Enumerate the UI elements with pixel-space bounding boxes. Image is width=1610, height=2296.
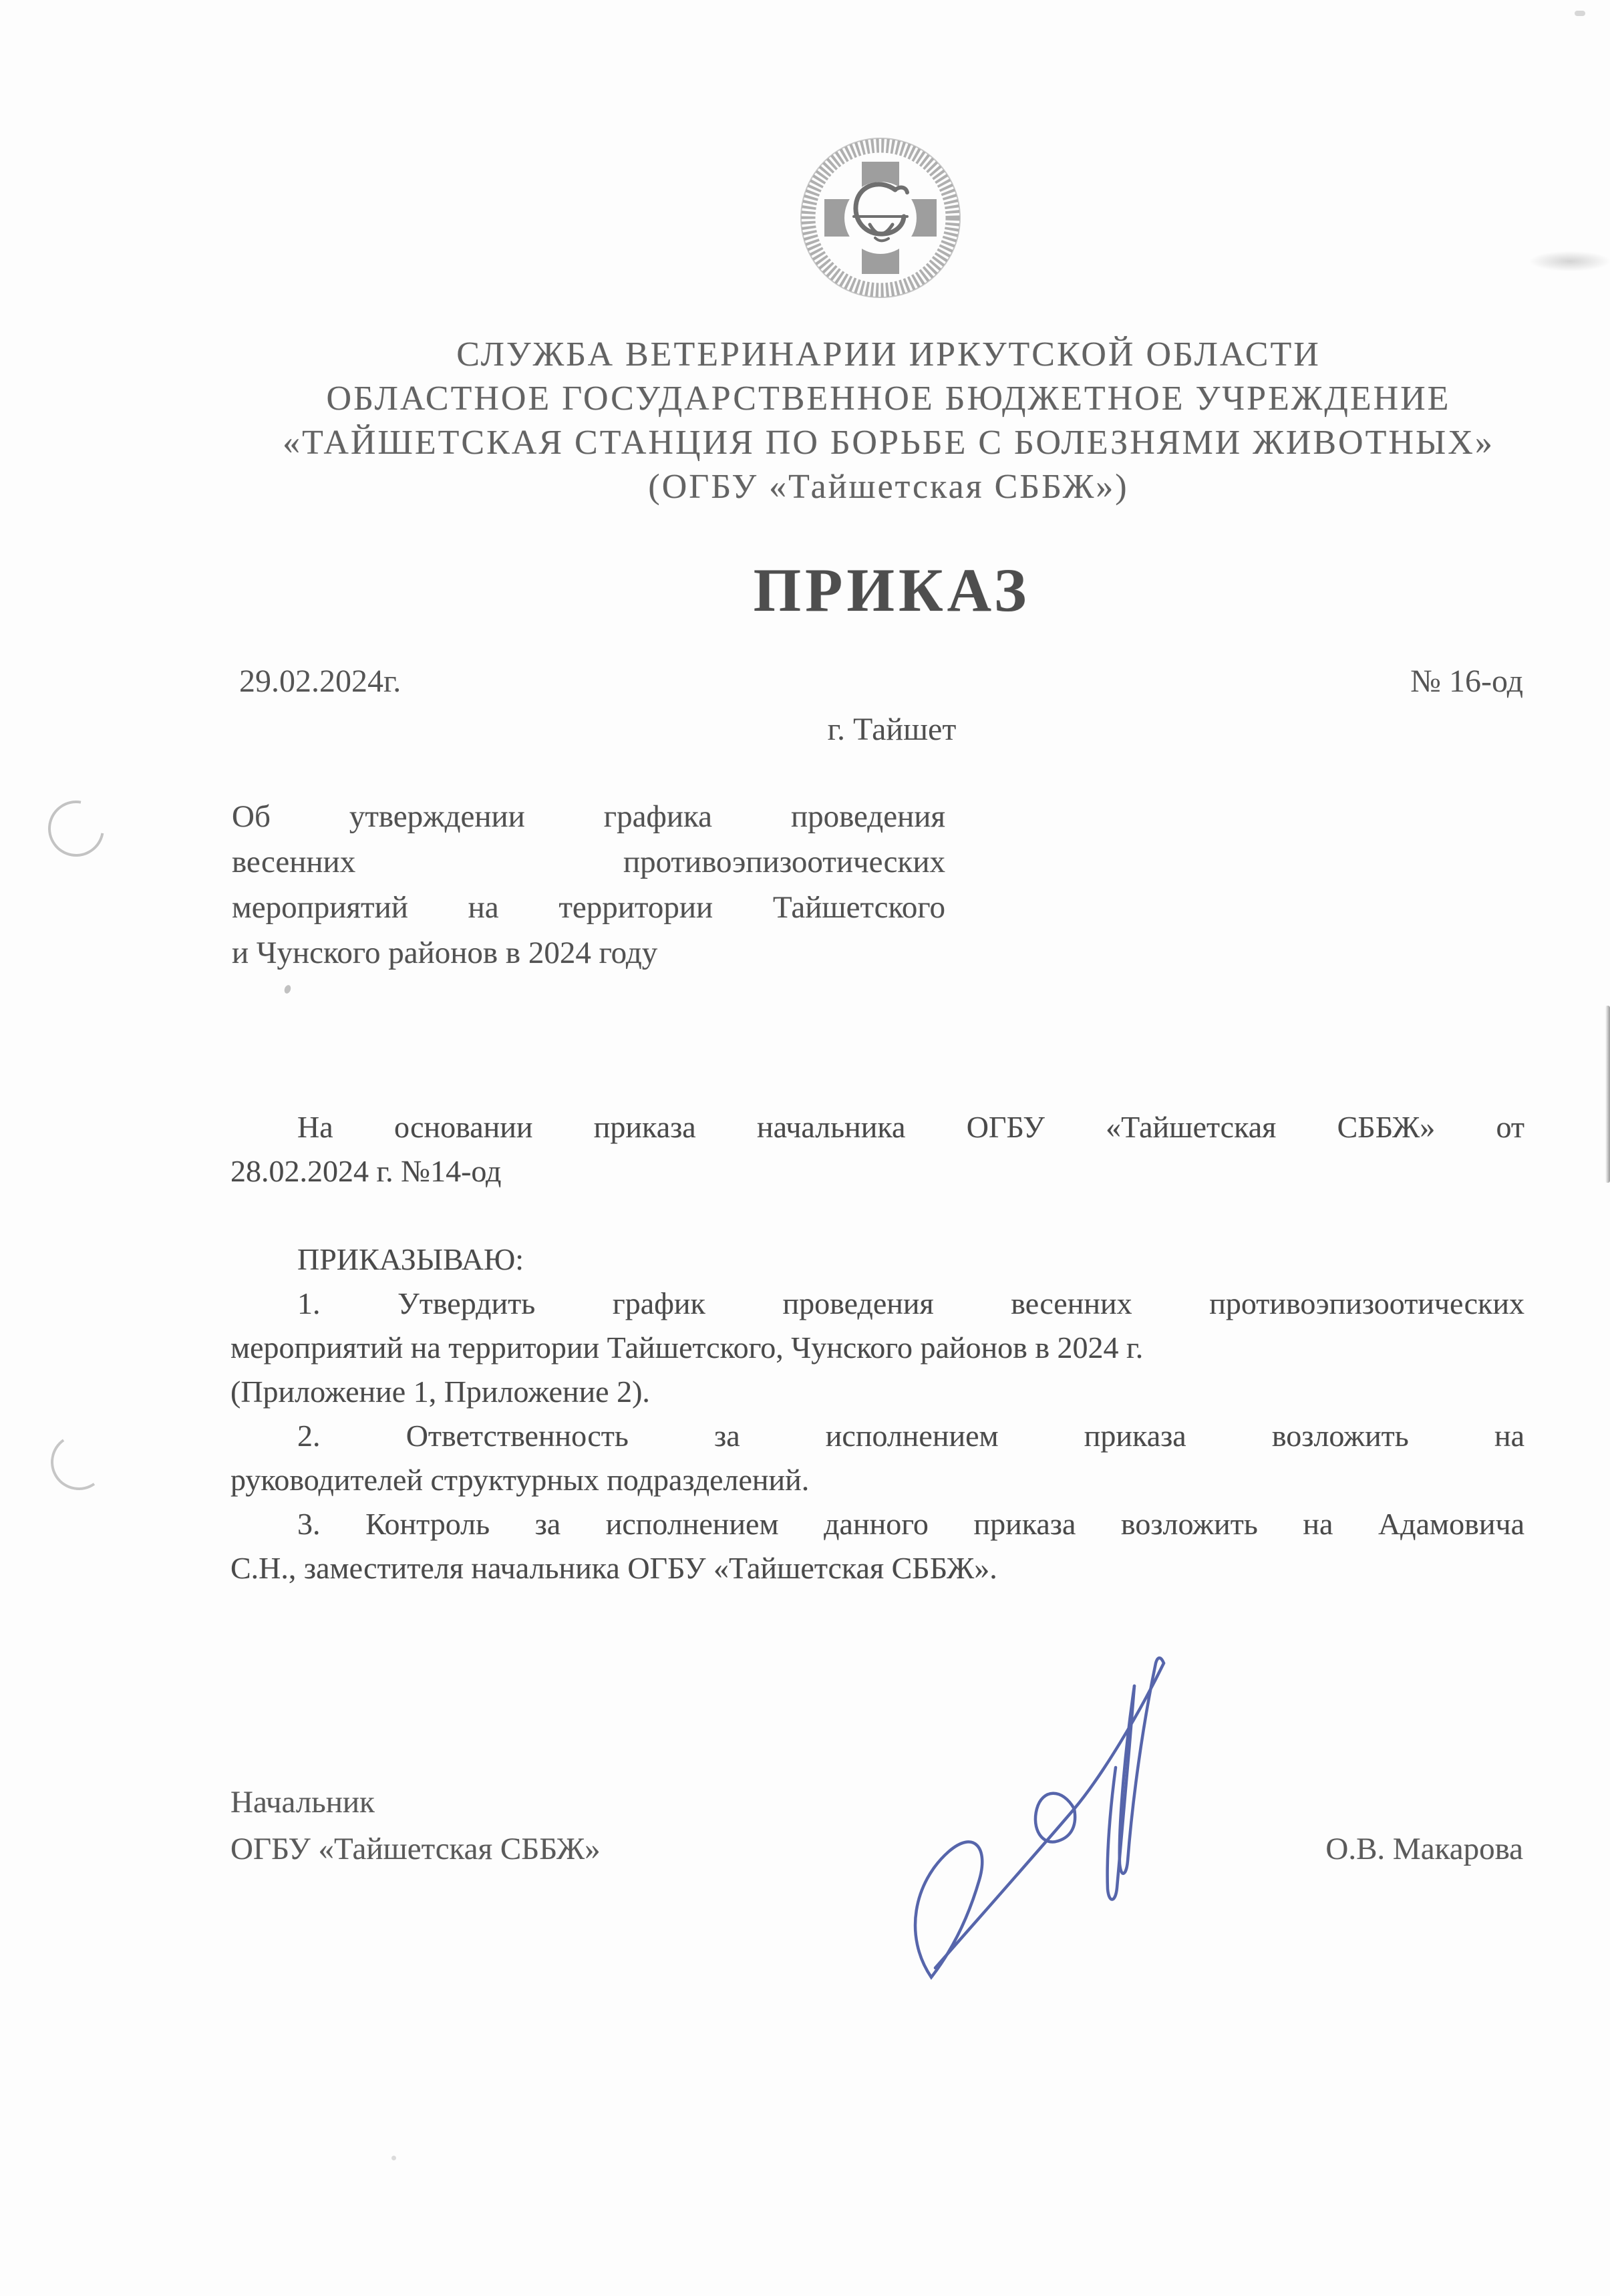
item-3-line-1: 3. Контроль за исполнением данного прика… <box>230 1502 1524 1546</box>
item-1-line-2: мероприятий на территории Тайшетского, Ч… <box>230 1326 1524 1370</box>
subject-line-4: и Чунского районов в 2024 году <box>232 930 945 976</box>
subject-block: Об утверждении графика проведения весенн… <box>232 794 945 976</box>
org-header-line-4: (ОГБУ «Тайшетская СББЖ») <box>234 465 1543 509</box>
snake-bowl-icon <box>844 182 917 254</box>
scan-speck <box>1575 11 1585 16</box>
scan-speck <box>391 2156 396 2160</box>
document-title: ПРИКАЗ <box>234 553 1550 627</box>
item-1-line-1: 1. Утвердить график проведения весенних … <box>230 1282 1524 1326</box>
document-place: г. Тайшет <box>234 710 1550 750</box>
item-3-line-2: С.Н., заместителя начальника ОГБУ «Тайше… <box>230 1546 1524 1590</box>
scan-edge-mark <box>1605 1006 1610 1183</box>
basis-line-1: На основании приказа начальника ОГБУ «Та… <box>230 1105 1524 1149</box>
hole-punch-mark-bottom <box>46 1429 111 1494</box>
org-header-line-3: «ТАЙШЕТСКАЯ СТАНЦИЯ ПО БОРЬБЕ С БОЛЕЗНЯМ… <box>234 421 1543 465</box>
scan-speck <box>283 984 292 994</box>
org-header-line-1: СЛУЖБА ВЕТЕРИНАРИИ ИРКУТСКОЙ ОБЛАСТИ <box>234 333 1543 377</box>
document-date: 29.02.2024г. <box>239 660 401 703</box>
item-1-line-3: (Приложение 1, Приложение 2). <box>230 1370 1524 1414</box>
org-header: СЛУЖБА ВЕТЕРИНАРИИ ИРКУТСКОЙ ОБЛАСТИ ОБЛ… <box>234 333 1543 509</box>
resolve-word: ПРИКАЗЫВАЮ: <box>230 1238 1524 1282</box>
item-2-line-1: 2. Ответственность за исполнением приказ… <box>230 1414 1524 1458</box>
item-2-line-2: руководителей структурных подразделений. <box>230 1458 1524 1502</box>
document-page: СЛУЖБА ВЕТЕРИНАРИИ ИРКУТСКОЙ ОБЛАСТИ ОБЛ… <box>0 0 1610 2296</box>
subject-line-3: мероприятий на территории Тайшетского <box>232 885 945 930</box>
date-number-row: 29.02.2024г. № 16-од <box>239 660 1523 703</box>
signer-position-line-1: Начальник <box>230 1779 601 1826</box>
hole-punch-mark-top <box>37 790 116 868</box>
org-header-line-2: ОБЛАСТНОЕ ГОСУДАРСТВЕННОЕ БЮДЖЕТНОЕ УЧРЕ… <box>234 377 1543 421</box>
scan-smudge-right <box>1530 251 1610 271</box>
basis-line-2: 28.02.2024 г. №14-од <box>230 1149 1524 1193</box>
handwritten-signature <box>862 1634 1189 1981</box>
veterinary-emblem-logo <box>796 136 965 299</box>
blank-line <box>230 1193 1524 1238</box>
body-text: На основании приказа начальника ОГБУ «Та… <box>230 1105 1524 1590</box>
document-number: № 16-од <box>1410 660 1523 703</box>
subject-line-1: Об утверждении графика проведения <box>232 794 945 839</box>
veterinary-emblem-icon <box>796 136 965 299</box>
subject-line-2: весенних противоэпизоотических <box>232 839 945 885</box>
